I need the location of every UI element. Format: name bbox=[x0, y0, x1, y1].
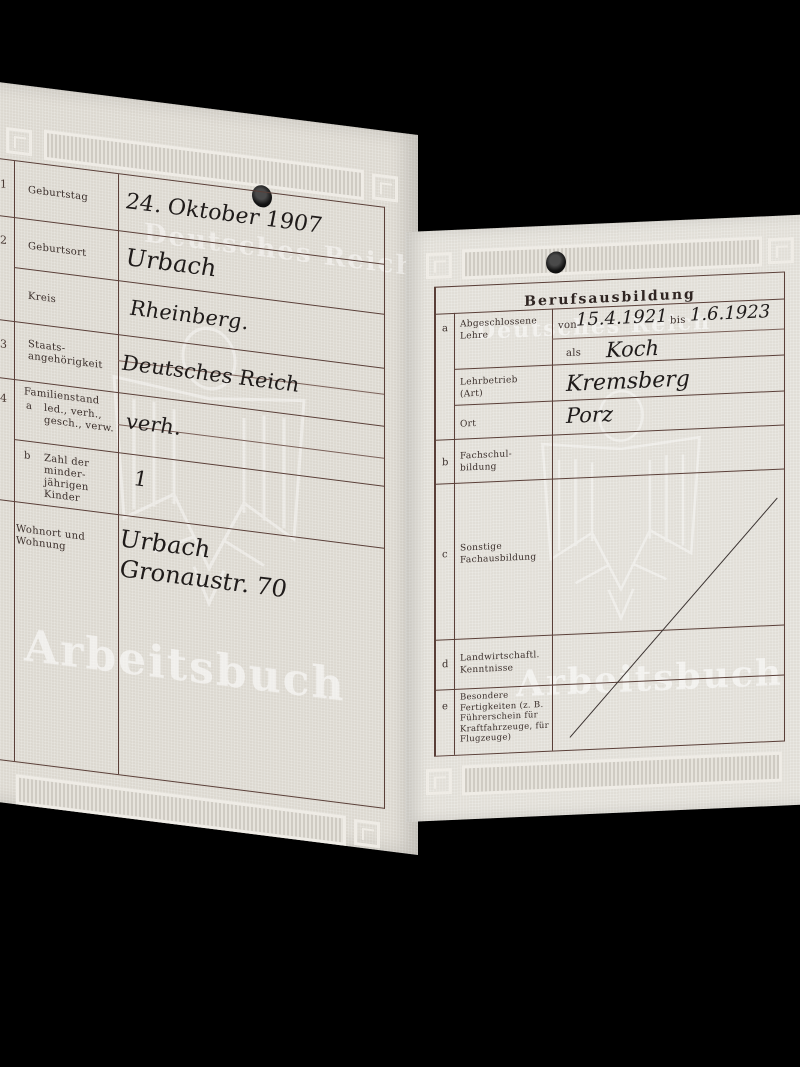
letter-e: e bbox=[442, 701, 448, 713]
decorative-key-icon bbox=[354, 819, 380, 848]
decorative-border-bottom bbox=[462, 752, 782, 796]
decorative-key-icon bbox=[372, 173, 398, 202]
row-number: 2 bbox=[0, 233, 7, 247]
sub-letter-a: a bbox=[26, 400, 32, 413]
decorative-key-icon bbox=[6, 127, 32, 156]
label-ort: Ort bbox=[460, 418, 476, 431]
value-lehre-bis: 1.6.1923 bbox=[690, 301, 770, 325]
value-geburtsort: Urbach bbox=[126, 243, 216, 282]
letter-b: b bbox=[442, 457, 449, 469]
letter-d: d bbox=[442, 659, 449, 671]
value-staatsangehoerigkeit: Deutsches Reich bbox=[122, 351, 299, 397]
letter-c: c bbox=[442, 549, 448, 561]
label-sonstige: Sonstige Fachausbildung bbox=[460, 539, 548, 567]
strike-through-line bbox=[570, 498, 778, 738]
left-page: Deutsches Reich Arbeitsbuch 1 Geburtstag… bbox=[0, 81, 418, 855]
value-familienstand: verh. bbox=[126, 409, 181, 440]
row-number: 3 bbox=[0, 337, 7, 351]
decorative-border-top bbox=[462, 236, 762, 279]
right-page: Deutsches Reich Arbeitsbuch Berufsausbil… bbox=[406, 215, 800, 822]
vocational-training-table: Berufsausbildung a Abgeschlossene Lehre … bbox=[434, 271, 785, 756]
value-geburtstag: 24. Oktober 1907 bbox=[126, 189, 322, 239]
value-ort: Porz bbox=[566, 402, 613, 428]
label-als: als bbox=[566, 347, 581, 360]
label-wohnort: Wohnort und Wohnung bbox=[16, 523, 106, 558]
label-lehrbetrieb: Lehrbetrieb (Art) bbox=[460, 374, 530, 401]
decorative-key-icon bbox=[768, 237, 794, 264]
value-kreis: Rheinberg. bbox=[130, 296, 248, 335]
label-lehre: Abgeschlossene Lehre bbox=[460, 315, 548, 343]
label-fachschulbildung: Fachschul-bildung bbox=[460, 448, 530, 475]
value-lehrbetrieb: Kremsberg bbox=[566, 367, 690, 397]
label-bis: bis bbox=[670, 315, 686, 328]
label-fertigkeiten: Besondere Fertigkeiten (z. B. Führersche… bbox=[460, 689, 550, 745]
decorative-key-icon bbox=[426, 768, 452, 795]
value-kinder: 1 bbox=[134, 466, 147, 492]
letter-a: a bbox=[442, 323, 448, 335]
label-kinder: Zahl der minder-jährigen Kinder bbox=[44, 453, 106, 509]
label-staatsangehoerigkeit: Staats-angehörigkeit bbox=[28, 339, 108, 373]
decorative-key-icon bbox=[426, 252, 452, 279]
label-geburtsort: Geburtsort bbox=[28, 241, 87, 260]
personal-data-table: 1 Geburtstag 24. Oktober 1907 2 Geburtso… bbox=[0, 157, 385, 808]
label-landwirtschaft: Landwirtschaftl. Kenntnisse bbox=[460, 649, 548, 677]
label-kreis: Kreis bbox=[28, 291, 56, 307]
row-number: 4 bbox=[0, 391, 7, 405]
value-lehre-von: 15.4.1921 bbox=[576, 306, 668, 331]
row-number: 1 bbox=[0, 177, 7, 191]
label-geburtstag: Geburtstag bbox=[28, 185, 88, 205]
label-von: von bbox=[558, 320, 577, 333]
label-familienstand-options: led., verh., gesch., verw. bbox=[44, 403, 118, 436]
sub-letter-b: b bbox=[24, 450, 31, 463]
value-beruf: Koch bbox=[606, 336, 659, 362]
